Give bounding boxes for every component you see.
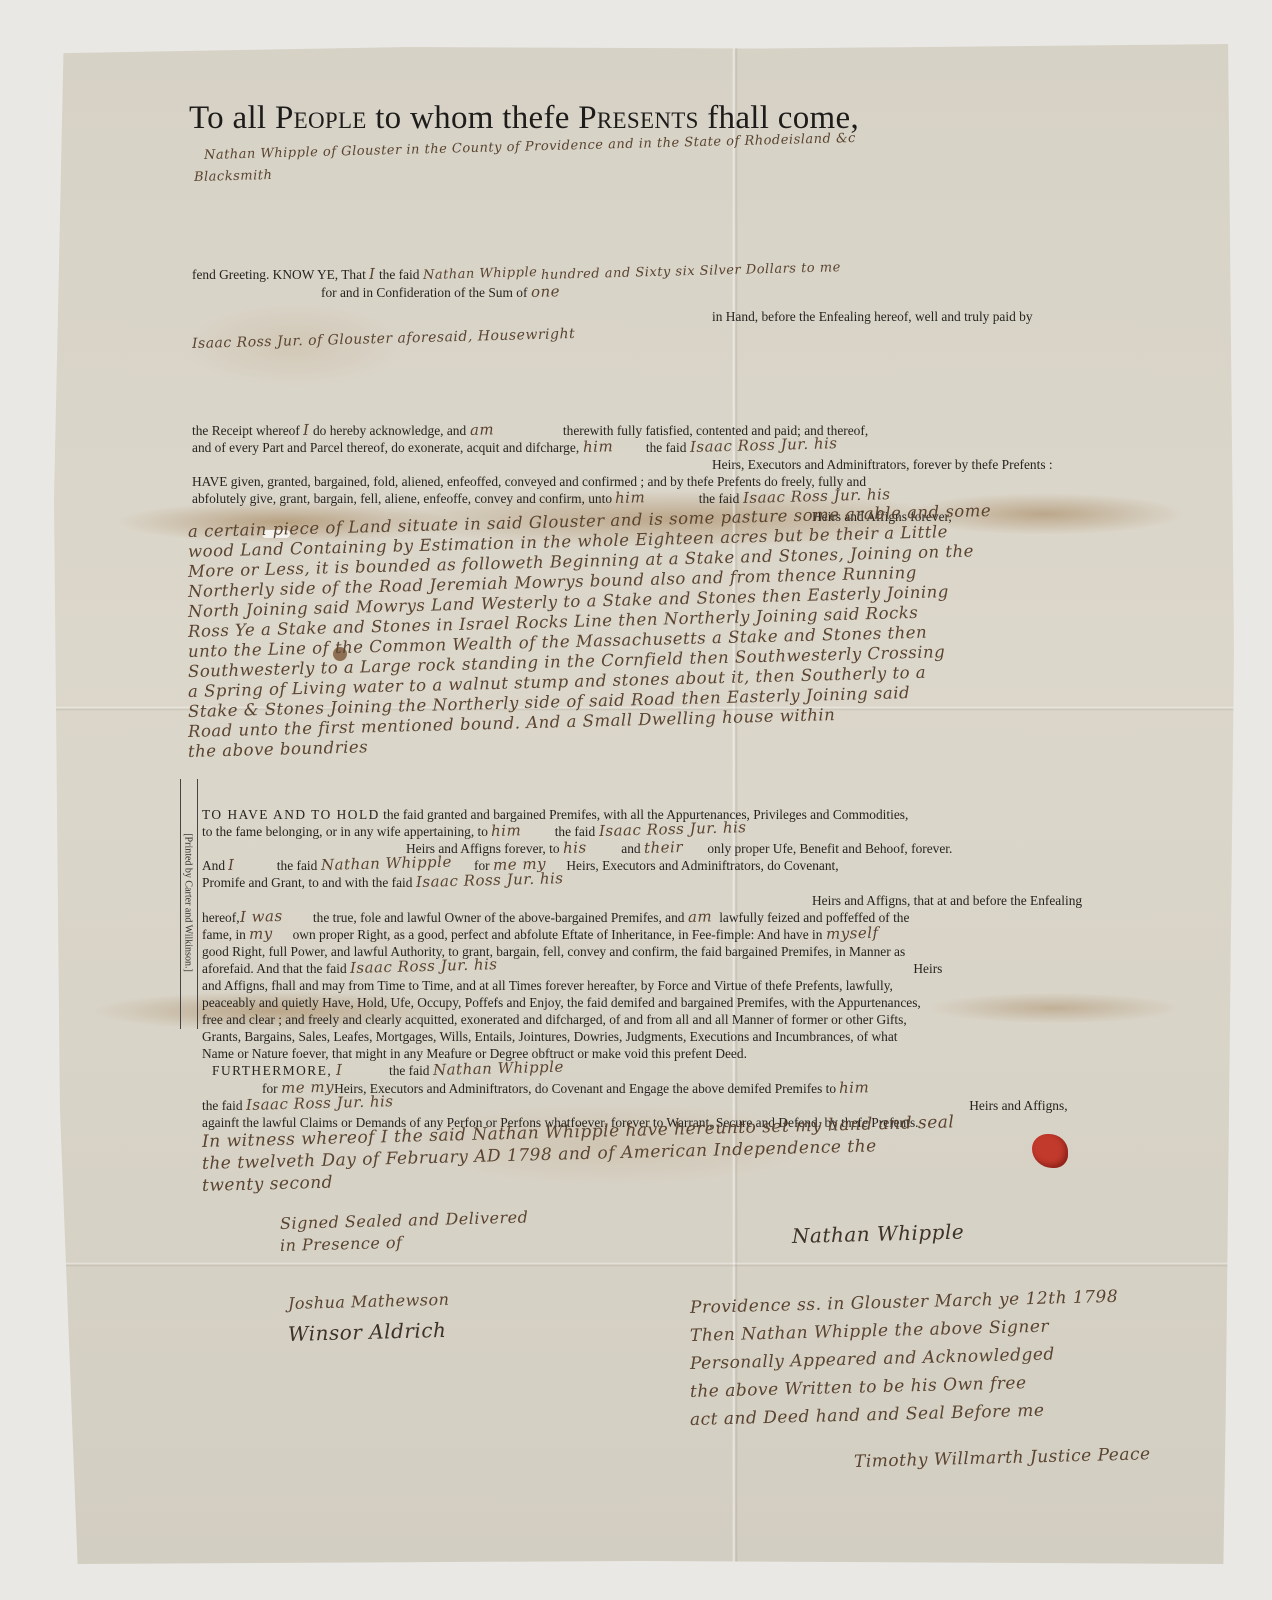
greeting-line: fend Greeting. KNOW YE, That I the faid …	[192, 266, 841, 284]
habendum-line-14: Grants, Bargains, Sales, Leafes, Mortgag…	[202, 1028, 898, 1045]
habendum-line-7: hereof,I was the true, fole and lawful O…	[202, 909, 909, 926]
witness-signature: Winsor Aldrich	[288, 1318, 447, 1346]
habendum-line-12: peaceably and quietly Have, Hold, Ufe, O…	[202, 994, 921, 1011]
acknowledgment-line: Then Nathan Whipple the above Signer	[690, 1317, 1050, 1346]
attestation-clause: in Presence of	[280, 1233, 403, 1255]
acknowledgment-line: the above Written to be his Own free	[690, 1373, 1027, 1402]
habendum-line-11: and Affigns, fhall and may from Time to …	[202, 977, 893, 994]
habendum-line-3: Heirs and Affigns forever, to his and th…	[406, 840, 952, 857]
grantee-line: Isaac Ross Jur. of Glouster aforesaid, H…	[192, 326, 576, 352]
document-title: To all People to whom thefe Presents fha…	[189, 100, 859, 137]
witness-signature: Joshua Mathewson	[288, 1290, 450, 1313]
wax-seal	[1032, 1134, 1068, 1168]
attestation-clause: Signed Sealed and Delivered	[280, 1208, 529, 1233]
habendum-line-16: FURTHERMORE, I the faid Nathan Whipple	[212, 1062, 564, 1079]
deed-document: To all People to whom thefe Presents fha…	[54, 44, 1234, 1564]
acknowledgment-line: act and Deed hand and Seal Before me	[690, 1401, 1045, 1430]
receipt-line-3: Heirs, Executors and Adminiftrators, for…	[712, 456, 1053, 473]
acknowledgment-line: Personally Appeared and Acknowledged	[690, 1344, 1055, 1374]
habendum-line-13: free and clear ; and freely and clearly …	[202, 1011, 907, 1028]
printer-imprint-box: [Printed by Carter and Wilkinson.]	[180, 779, 198, 1029]
habendum-line-6: Heirs and Affigns, that at and before th…	[812, 892, 1082, 909]
grantor-occupation: Blacksmith	[194, 168, 273, 185]
receipt-line-2: and of every Part and Parcel thereof, do…	[192, 439, 837, 456]
grantor-signature: Nathan Whipple	[792, 1219, 965, 1247]
habendum-line-10: aforefaid. And that the faid Isaac Ross …	[202, 960, 942, 977]
printer-imprint: [Printed by Carter and Wilkinson.]	[183, 788, 194, 1018]
consideration-line: for and in Confideration of the Sum of o…	[321, 284, 560, 301]
habendum-line-8: fame, in my own proper Right, as a good,…	[202, 926, 878, 943]
receipt-line-5: abfolutely give, grant, bargain, fell, a…	[192, 490, 890, 507]
testimonium-line: twenty second	[202, 1173, 334, 1196]
habendum-line-18: the faid Isaac Ross Jur. his Heirs and A…	[202, 1097, 1068, 1114]
acknowledgment-line: Providence ss. in Glouster March ye 12th…	[690, 1287, 1119, 1318]
habendum-line-1: TO HAVE AND TO HOLD the faid granted and…	[202, 806, 908, 823]
habendum-line-5: Promife and Grant, to and with the faid …	[202, 874, 563, 891]
justice-signature: Timothy Willmarth Justice Peace	[854, 1444, 1151, 1472]
description-line: the above boundries	[188, 737, 369, 761]
payment-line: in Hand, before the Enfealing hereof, we…	[712, 308, 1033, 325]
horizontal-fold-crease	[54, 1262, 1234, 1267]
